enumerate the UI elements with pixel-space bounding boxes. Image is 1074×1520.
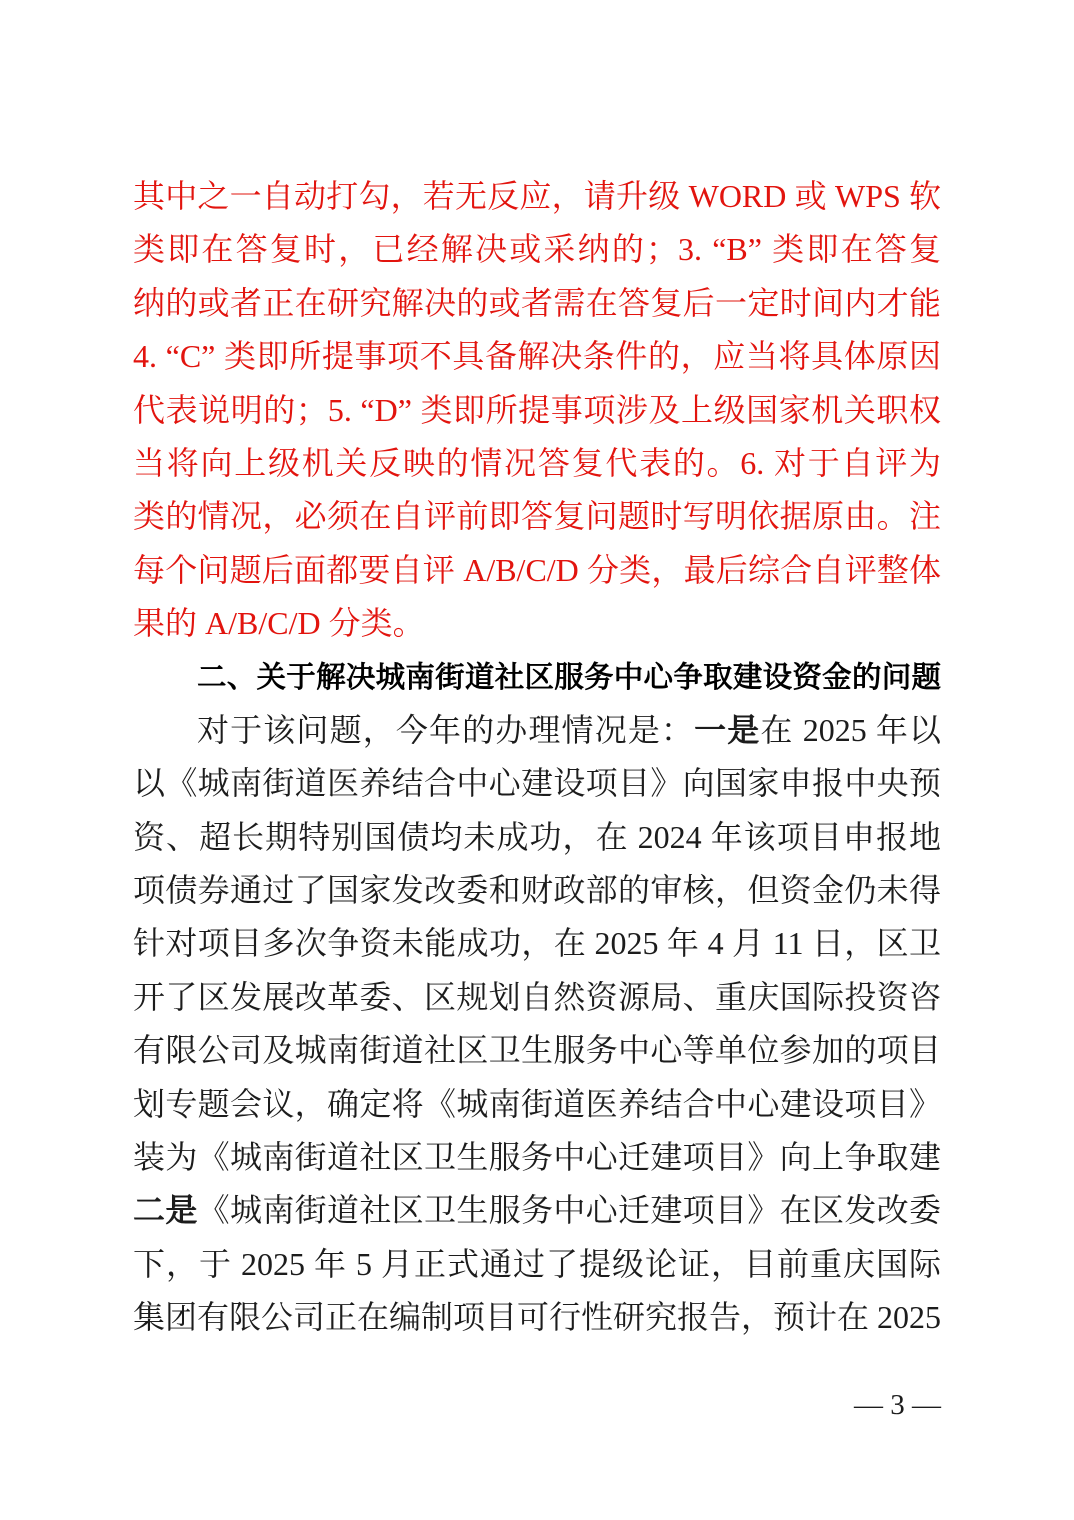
paragraph-line: 下，于 2025 年 5 月正式通过了提级论证，目前重庆国际投资咨询 — [133, 1238, 941, 1291]
red-notice-line: 4. “C” 类即所提事项不具备解决条件的，应当将具体原因如实向 — [133, 330, 941, 383]
red-notice-line: 当将向上级机关反映的情况答复代表的。6. 对于自评为 A/B/C/D — [133, 437, 941, 490]
paragraph-line: 资、超长期特别国债均未成功，在 2024 年该项目申报地方政府专 — [133, 811, 941, 864]
page-number: — 3 — — [854, 1389, 941, 1421]
paragraph-line: 以《城南街道医养结合中心建设项目》向国家申报中央预算内投 — [133, 757, 941, 810]
red-notice-line: 纳的或者正在研究解决的或者需在答复后一定时间内才能落实的； — [133, 277, 941, 330]
body-text: 开了区发展改革委、区规划自然资源局、重庆国际投资咨询集团 — [133, 979, 941, 1024]
document-page: 其中之一自动打勾，若无反应，请升级 WORD 或 WPS 软件。2. “A”类即… — [0, 0, 1074, 1520]
body-text: 项债券通过了国家发改委和财政部的审核，但资金仍未得到落实， — [133, 872, 941, 917]
body-text: 集团有限公司正在编制项目可行性研究报告，预计在 2025 年 8 月 — [133, 1299, 941, 1344]
body-text: 下，于 2025 年 5 月正式通过了提级论证，目前重庆国际投资咨询 — [133, 1246, 941, 1291]
section-heading: 二、关于解决城南街道社区服务中心争取建设资金的问题 — [133, 651, 941, 704]
body-text: 装为《城南街道社区卫生服务中心迁建项目》向上争取建设资金； — [133, 1139, 941, 1184]
paragraph-line: 针对项目多次争资未能成功，在 2025 年 4 月 11 日，区卫健委召 — [133, 917, 941, 970]
paragraph-line: 开了区发展改革委、区规划自然资源局、重庆国际投资咨询集团 — [133, 971, 941, 1024]
body-paragraph: 对于该问题，今年的办理情况是：一是在 2025 年以前，多次以《城南街道医养结合… — [133, 704, 941, 1345]
body-text: 针对项目多次争资未能成功，在 2025 年 4 月 11 日，区卫健委召 — [133, 925, 941, 970]
red-notice-line: 代表说明的；5. “D” 类即所提事项涉及上级国家机关职权的，应 — [133, 384, 941, 437]
body-text: 以《城南街道医养结合中心建设项目》向国家申报中央预算内投 — [133, 765, 941, 810]
paragraph-line: 集团有限公司正在编制项目可行性研究报告，预计在 2025 年 8 月 — [133, 1291, 941, 1344]
emphasis-text: 一是 — [694, 712, 760, 748]
red-notice-line: 其中之一自动打勾，若无反应，请升级 WORD 或 WPS 软件。2. “A” — [133, 170, 941, 223]
paragraph-line: 对于该问题，今年的办理情况是：一是在 2025 年以前，多次 — [133, 704, 941, 757]
emphasis-text: 二是 — [133, 1192, 198, 1228]
page-content: 其中之一自动打勾，若无反应，请升级 WORD 或 WPS 软件。2. “A”类即… — [133, 170, 941, 1345]
body-text: 有限公司及城南街道社区卫生服务中心等单位参加的项目包装策 — [133, 1032, 941, 1077]
page-footer: — 3 — — [854, 1388, 941, 1422]
paragraph-line: 二是《城南街道社区卫生服务中心迁建项目》在区发改委的指导 — [133, 1184, 941, 1237]
body-text: 对于该问题，今年的办理情况是： — [197, 712, 694, 748]
paragraph-line: 有限公司及城南街道社区卫生服务中心等单位参加的项目包装策 — [133, 1024, 941, 1077]
red-notice-line: 类的情况，必须在自评前即答复问题时写明依据原由。注意要在 — [133, 490, 941, 543]
body-text: 《城南街道社区卫生服务中心迁建项目》在区发改委的指导 — [133, 1192, 941, 1237]
body-text: 资、超长期特别国债均未成功，在 2024 年该项目申报地方政府专 — [133, 819, 941, 864]
red-notice-line: 果的 A/B/C/D 分类。 — [133, 597, 941, 650]
paragraph-line: 划专题会议，确定将《城南街道医养结合中心建设项目》重新包 — [133, 1078, 941, 1131]
paragraph-line: 项债券通过了国家发改委和财政部的审核，但资金仍未得到落实， — [133, 864, 941, 917]
body-text: 划专题会议，确定将《城南街道医养结合中心建设项目》重新包 — [133, 1086, 941, 1131]
red-notice-line: 每个问题后面都要自评 A/B/C/D 分类，最后综合自评整体办理结 — [133, 544, 941, 597]
red-notice-line: 类即在答复时，已经解决或采纳的；3. “B” 类即在答复时，拟采 — [133, 223, 941, 276]
red-notice-block: 其中之一自动打勾，若无反应，请升级 WORD 或 WPS 软件。2. “A”类即… — [133, 170, 941, 651]
paragraph-line: 装为《城南街道社区卫生服务中心迁建项目》向上争取建设资金； — [133, 1131, 941, 1184]
